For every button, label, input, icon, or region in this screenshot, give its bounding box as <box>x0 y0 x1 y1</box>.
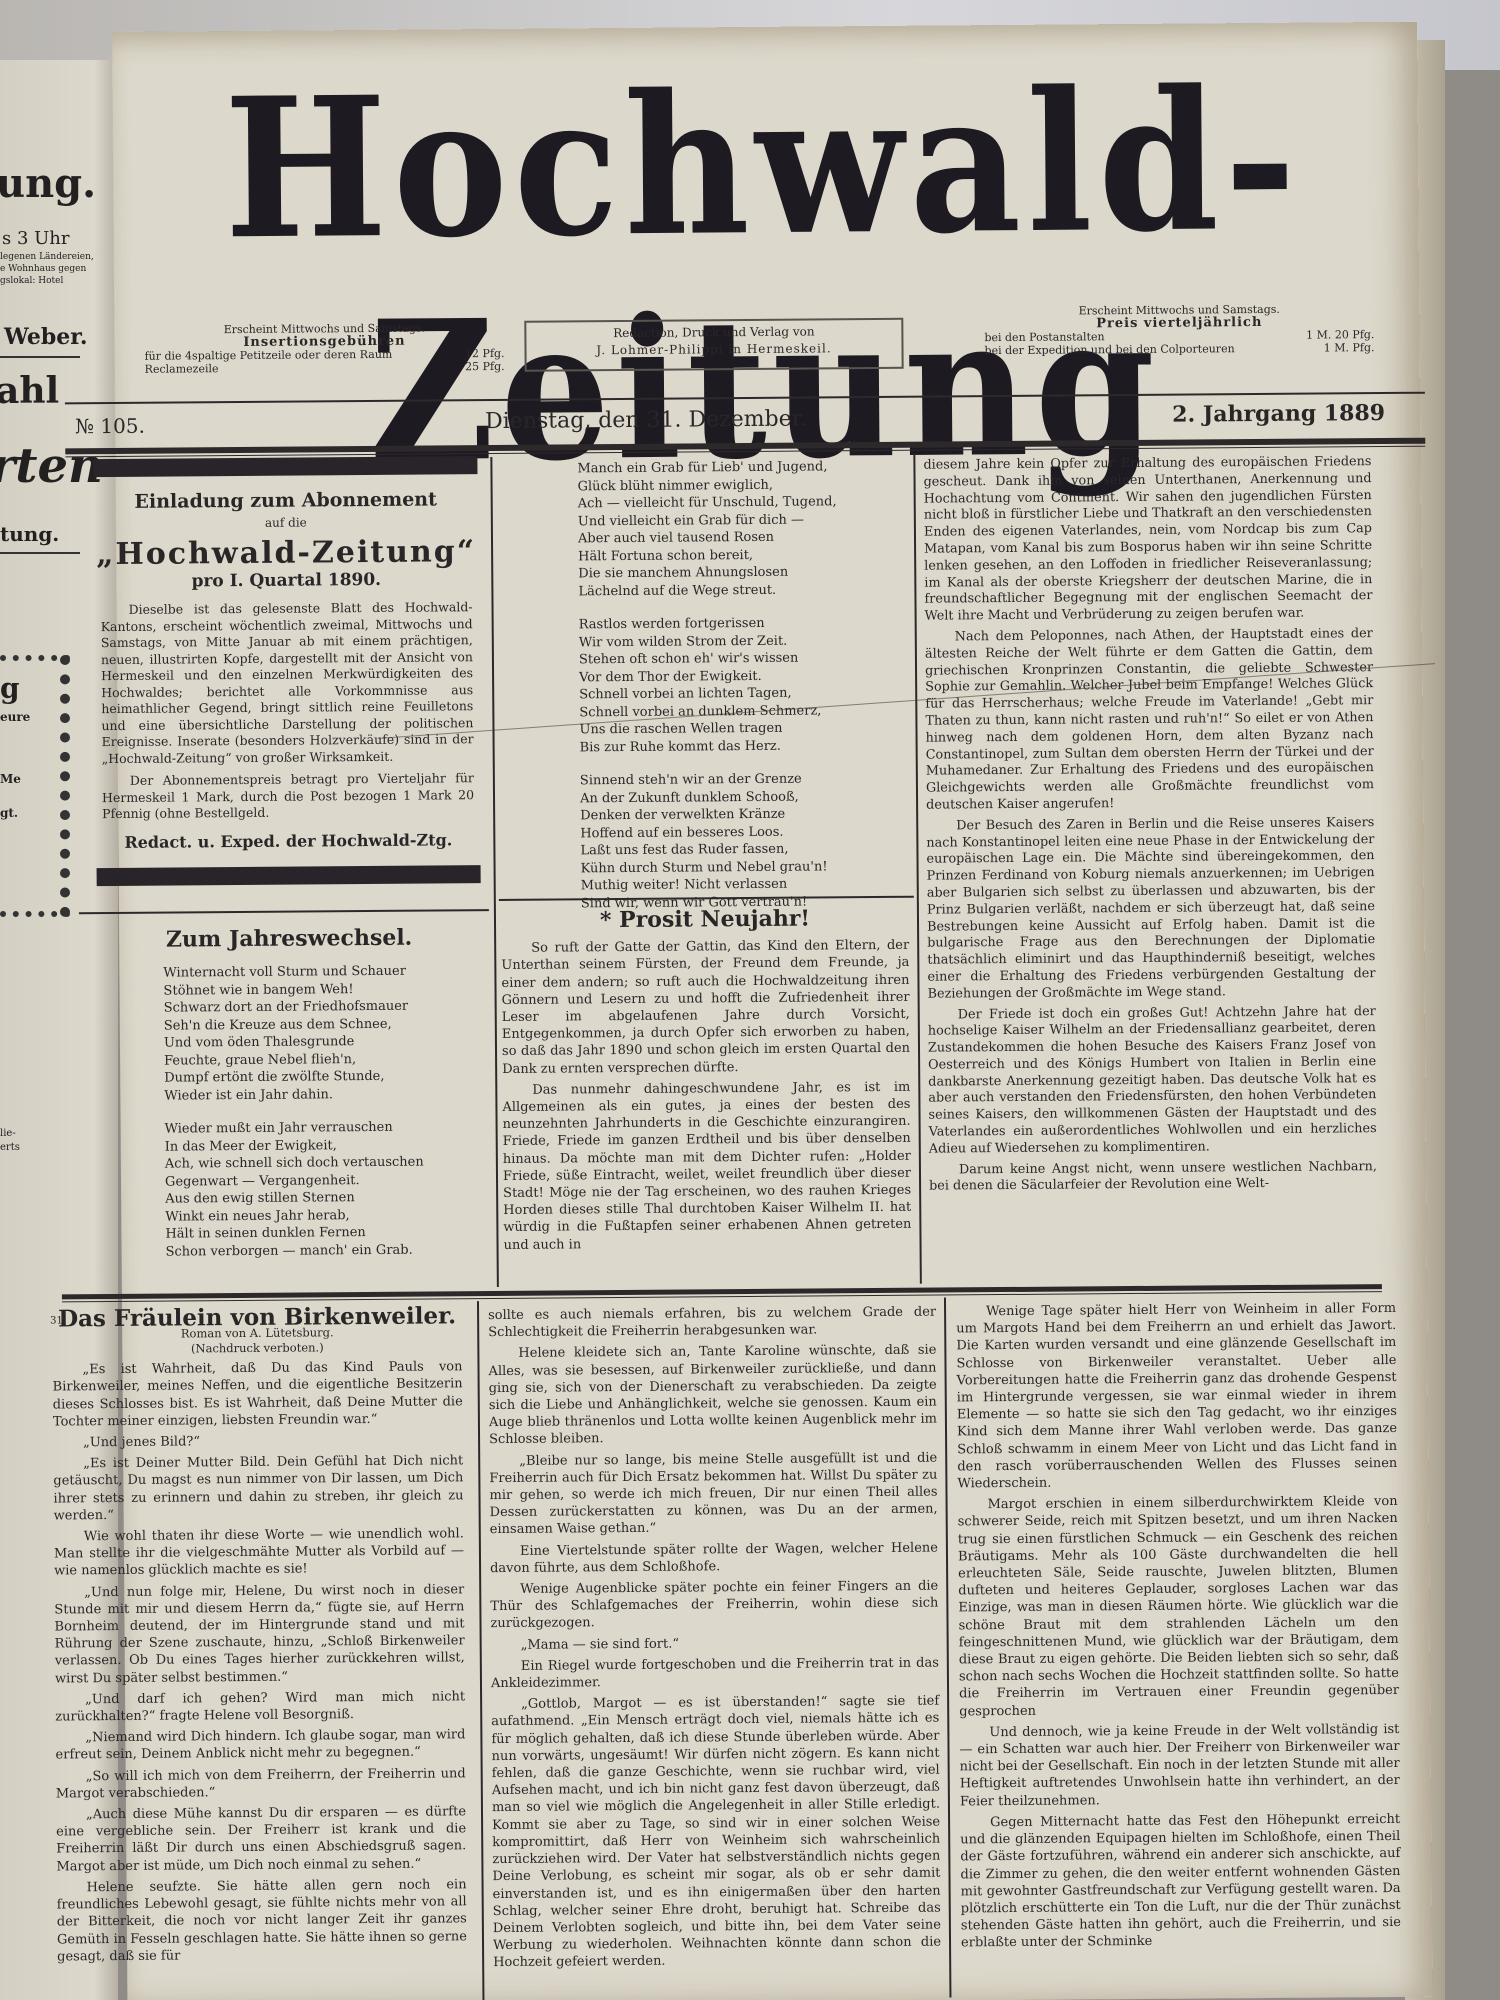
article-paragraph: So ruft der Gatte der Gattin, das Kind d… <box>501 937 910 1078</box>
price-label: bei der Expedition und bei den Colporteu… <box>984 342 1234 357</box>
story-paragraph: Gegen Mitternacht hatte das Fest den Höh… <box>960 1811 1401 1952</box>
prev-page-text: legenen Ländereien, <box>0 252 94 262</box>
prev-page-text: eure <box>0 710 30 724</box>
prev-page-text: tung. <box>0 522 59 546</box>
story-paragraph: „Bleibe nur so lange, bis meine Stelle a… <box>489 1449 938 1539</box>
story-paragraph: „Niemand wird Dich hindern. Ich glaube s… <box>55 1727 465 1765</box>
ad-title: Einladung zum Abonnement <box>86 488 486 513</box>
reprint-notice: (Nachdruck verboten.) <box>52 1339 462 1357</box>
serial-novel-part-1: 31 Das Fräulein von Birkenweiler. Roman … <box>52 1307 467 1965</box>
column-divider <box>490 457 499 1287</box>
article-paragraph: Das nunmehr dahingeschwundene Jahr, es i… <box>502 1079 911 1254</box>
poem-body: Winternacht voll Sturm und Schauer Stöhn… <box>99 962 481 1261</box>
ad-paragraph: Der Abonnementspreis betragt pro Viertel… <box>102 770 474 822</box>
poem-stanza: Rastlos werden fortgerissen Wir vom wild… <box>579 614 908 757</box>
prev-page-text: gslokal: Hotel <box>0 276 63 286</box>
poem-line: Schon verborgen — manch' ein Grab. <box>166 1241 482 1261</box>
poem-stanza: Wieder mußt ein Jahr verrauschen In das … <box>165 1118 482 1260</box>
masthead: Hochwald-Zeitung <box>132 72 1394 302</box>
prev-page-text: gt. <box>0 806 18 820</box>
poem-stanza: Manch ein Grab für Lieb' und Jugend, Glü… <box>577 458 906 601</box>
subscription-ad: Einladung zum Abonnement auf die „Hochwa… <box>85 456 488 886</box>
prev-page-text: Me <box>0 772 21 786</box>
story-paragraph: Helene kleidete sich an, Tante Karoline … <box>488 1342 937 1449</box>
story-paragraph: „Und darf ich gehen? Wird man mich nicht… <box>55 1688 465 1726</box>
story-paragraph: „Und jenes Bild?“ <box>53 1431 463 1451</box>
fee-price: 25 Pfg. <box>465 360 505 373</box>
price-label: bei den Postanstalten <box>984 330 1104 344</box>
prev-page-text: Weber. <box>4 324 88 350</box>
poem-part-2: Manch ein Grab für Lieb' und Jugend, Glü… <box>505 458 909 929</box>
poem-stanza: Winternacht voll Sturm und Schauer Stöhn… <box>163 962 480 1104</box>
poem-line: Wieder ist ein Jahr dahin. <box>164 1085 480 1105</box>
subscription-price-block: Erscheint Mittwochs und Samstags. Preis … <box>984 302 1374 357</box>
story-paragraph: Helene seufzte. Sie hätte allen gern noc… <box>57 1876 468 1965</box>
issue-number: № 105. <box>75 414 145 439</box>
serial-title: Das Fräulein von Birkenweiler. <box>52 1307 462 1327</box>
divider <box>0 552 80 554</box>
column-divider <box>913 454 922 1284</box>
story-paragraph: Wenige Augenblicke später pochte ein fei… <box>490 1578 938 1633</box>
story-paragraph: Margot erschien in einem silberdurchwirk… <box>958 1493 1400 1720</box>
serial-novel-part-3: Wenige Tage später hielt Herr von Weinhe… <box>956 1300 1401 1952</box>
prev-page-text: g <box>0 672 20 705</box>
story-paragraph: Wie wohl thaten ihr diese Worte — wie un… <box>54 1525 464 1580</box>
poem-body: Manch ein Grab für Lieb' und Jugend, Glü… <box>505 458 909 913</box>
article-paragraph: Nach dem Peloponnes, nach Athen, der Hau… <box>925 626 1374 814</box>
prev-page-text: ung. <box>0 160 96 207</box>
poem-title: Zum Jahreswechsel. <box>99 929 479 949</box>
column-divider <box>477 1301 484 2000</box>
story-paragraph: „Mama — sie sind fort.“ <box>491 1633 939 1654</box>
editorial-article: * Prosit Neujahr! So ruft der Gatte der … <box>501 910 912 1254</box>
story-paragraph: „Auch diese Mühe kannst Du dir ersparen … <box>56 1803 467 1875</box>
publisher-box: Redaction, Druck und Verlag von J. Lohme… <box>524 318 903 372</box>
ad-paper-name: „Hochwald-Zeitung“ <box>86 534 486 572</box>
poem-part-1: Zum Jahreswechsel. Winternacht voll Stur… <box>99 929 482 1277</box>
chapter-number: 31 <box>50 1312 63 1329</box>
newspaper-page: Hochwald-Zeitung Erscheint Mittwochs und… <box>112 22 1432 2000</box>
decorative-bar <box>93 456 477 477</box>
price-value: 1 M. Pfg. <box>1324 341 1375 354</box>
story-paragraph: „So will ich mich von dem Freiherrn, der… <box>56 1765 466 1803</box>
ad-subtitle: auf die <box>86 514 486 531</box>
article-paragraph: Darum keine Angst nicht, wenn unsere wes… <box>929 1159 1377 1196</box>
article-paragraph: Der Besuch des Zaren in Berlin und die R… <box>926 815 1375 1003</box>
issue-date: Dienstag, den 31. Dezember. <box>485 407 807 435</box>
story-paragraph: Wenige Tage später hielt Herr von Weinhe… <box>956 1300 1397 1493</box>
poem-line: Bis zur Ruhe kommt das Herz. <box>580 736 908 756</box>
poem-stanza: Sinnend steh'n wir an der Grenze An der … <box>580 770 909 913</box>
prev-page-text: lie- <box>0 1128 16 1139</box>
insertion-fees-block: Erscheint Mittwochs und Samstags. Insert… <box>144 321 504 376</box>
story-paragraph: „Es ist Wahrheit, daß Du das Kind Pauls … <box>52 1358 463 1430</box>
fee-price: 12 Pfg. <box>465 347 505 360</box>
editorial-continuation: diesem Jahre kein Opfer zur Erhaltung de… <box>923 454 1377 1196</box>
story-paragraph: „Und nun folge mir, Helene, Du wirst noc… <box>54 1581 465 1687</box>
story-paragraph: „Es ist Deiner Mutter Bild. Dein Gefühl … <box>53 1453 464 1525</box>
price-value: 1 M. 20 Pfg. <box>1306 328 1374 342</box>
publisher-name: J. Lohmer-Philippi in Hermeskeil. <box>526 340 901 360</box>
volume-year: 2. Jahrgang 1889 <box>1172 400 1385 428</box>
story-paragraph: Und dennoch, wie ja keine Freude in der … <box>959 1721 1400 1810</box>
story-paragraph: sollte es auch niemals erfahren, bis zu … <box>488 1304 936 1342</box>
ad-paragraph: Dieselbe ist das gelesenste Blatt des Ho… <box>100 599 473 767</box>
prev-page-text: e Wohnhaus gegen <box>0 264 86 274</box>
prev-page-text: erts <box>0 1142 20 1153</box>
editorial-title: * Prosit Neujahr! <box>501 910 909 930</box>
decorative-bar <box>97 865 481 886</box>
prev-page-text: s 3 Uhr <box>2 228 70 249</box>
divider <box>79 909 489 914</box>
fee-label: Reclamezeile <box>145 362 219 376</box>
ad-signature: Redact. u. Exped. der Hochwald-Ztg. <box>88 830 488 852</box>
story-paragraph: „Gottlob, Margot — es ist überstanden!“ … <box>491 1693 941 1972</box>
story-paragraph: Ein Riegel wurde fortgeschoben und die F… <box>491 1654 939 1692</box>
serial-novel-part-2: sollte es auch niemals erfahren, bis zu … <box>488 1304 941 1972</box>
article-paragraph: Der Friede ist doch ein großes Gut! Acht… <box>928 1004 1377 1159</box>
story-paragraph: Eine Viertelstunde später rollte der Wag… <box>490 1539 938 1577</box>
article-paragraph: diesem Jahre kein Opfer zur Erhaltung de… <box>923 454 1372 625</box>
ad-period: pro I. Quartal 1890. <box>86 569 486 592</box>
ad-body: Dieselbe ist das gelesenste Blatt des Ho… <box>100 599 474 822</box>
poem-line: Lächelnd auf die Wege streut. <box>578 580 906 600</box>
column-divider <box>944 1297 951 1997</box>
divider <box>0 356 80 358</box>
fee-label: für die 4spaltige Petitzeile oder deren … <box>144 348 392 363</box>
prev-page-text: ahl <box>0 370 59 412</box>
